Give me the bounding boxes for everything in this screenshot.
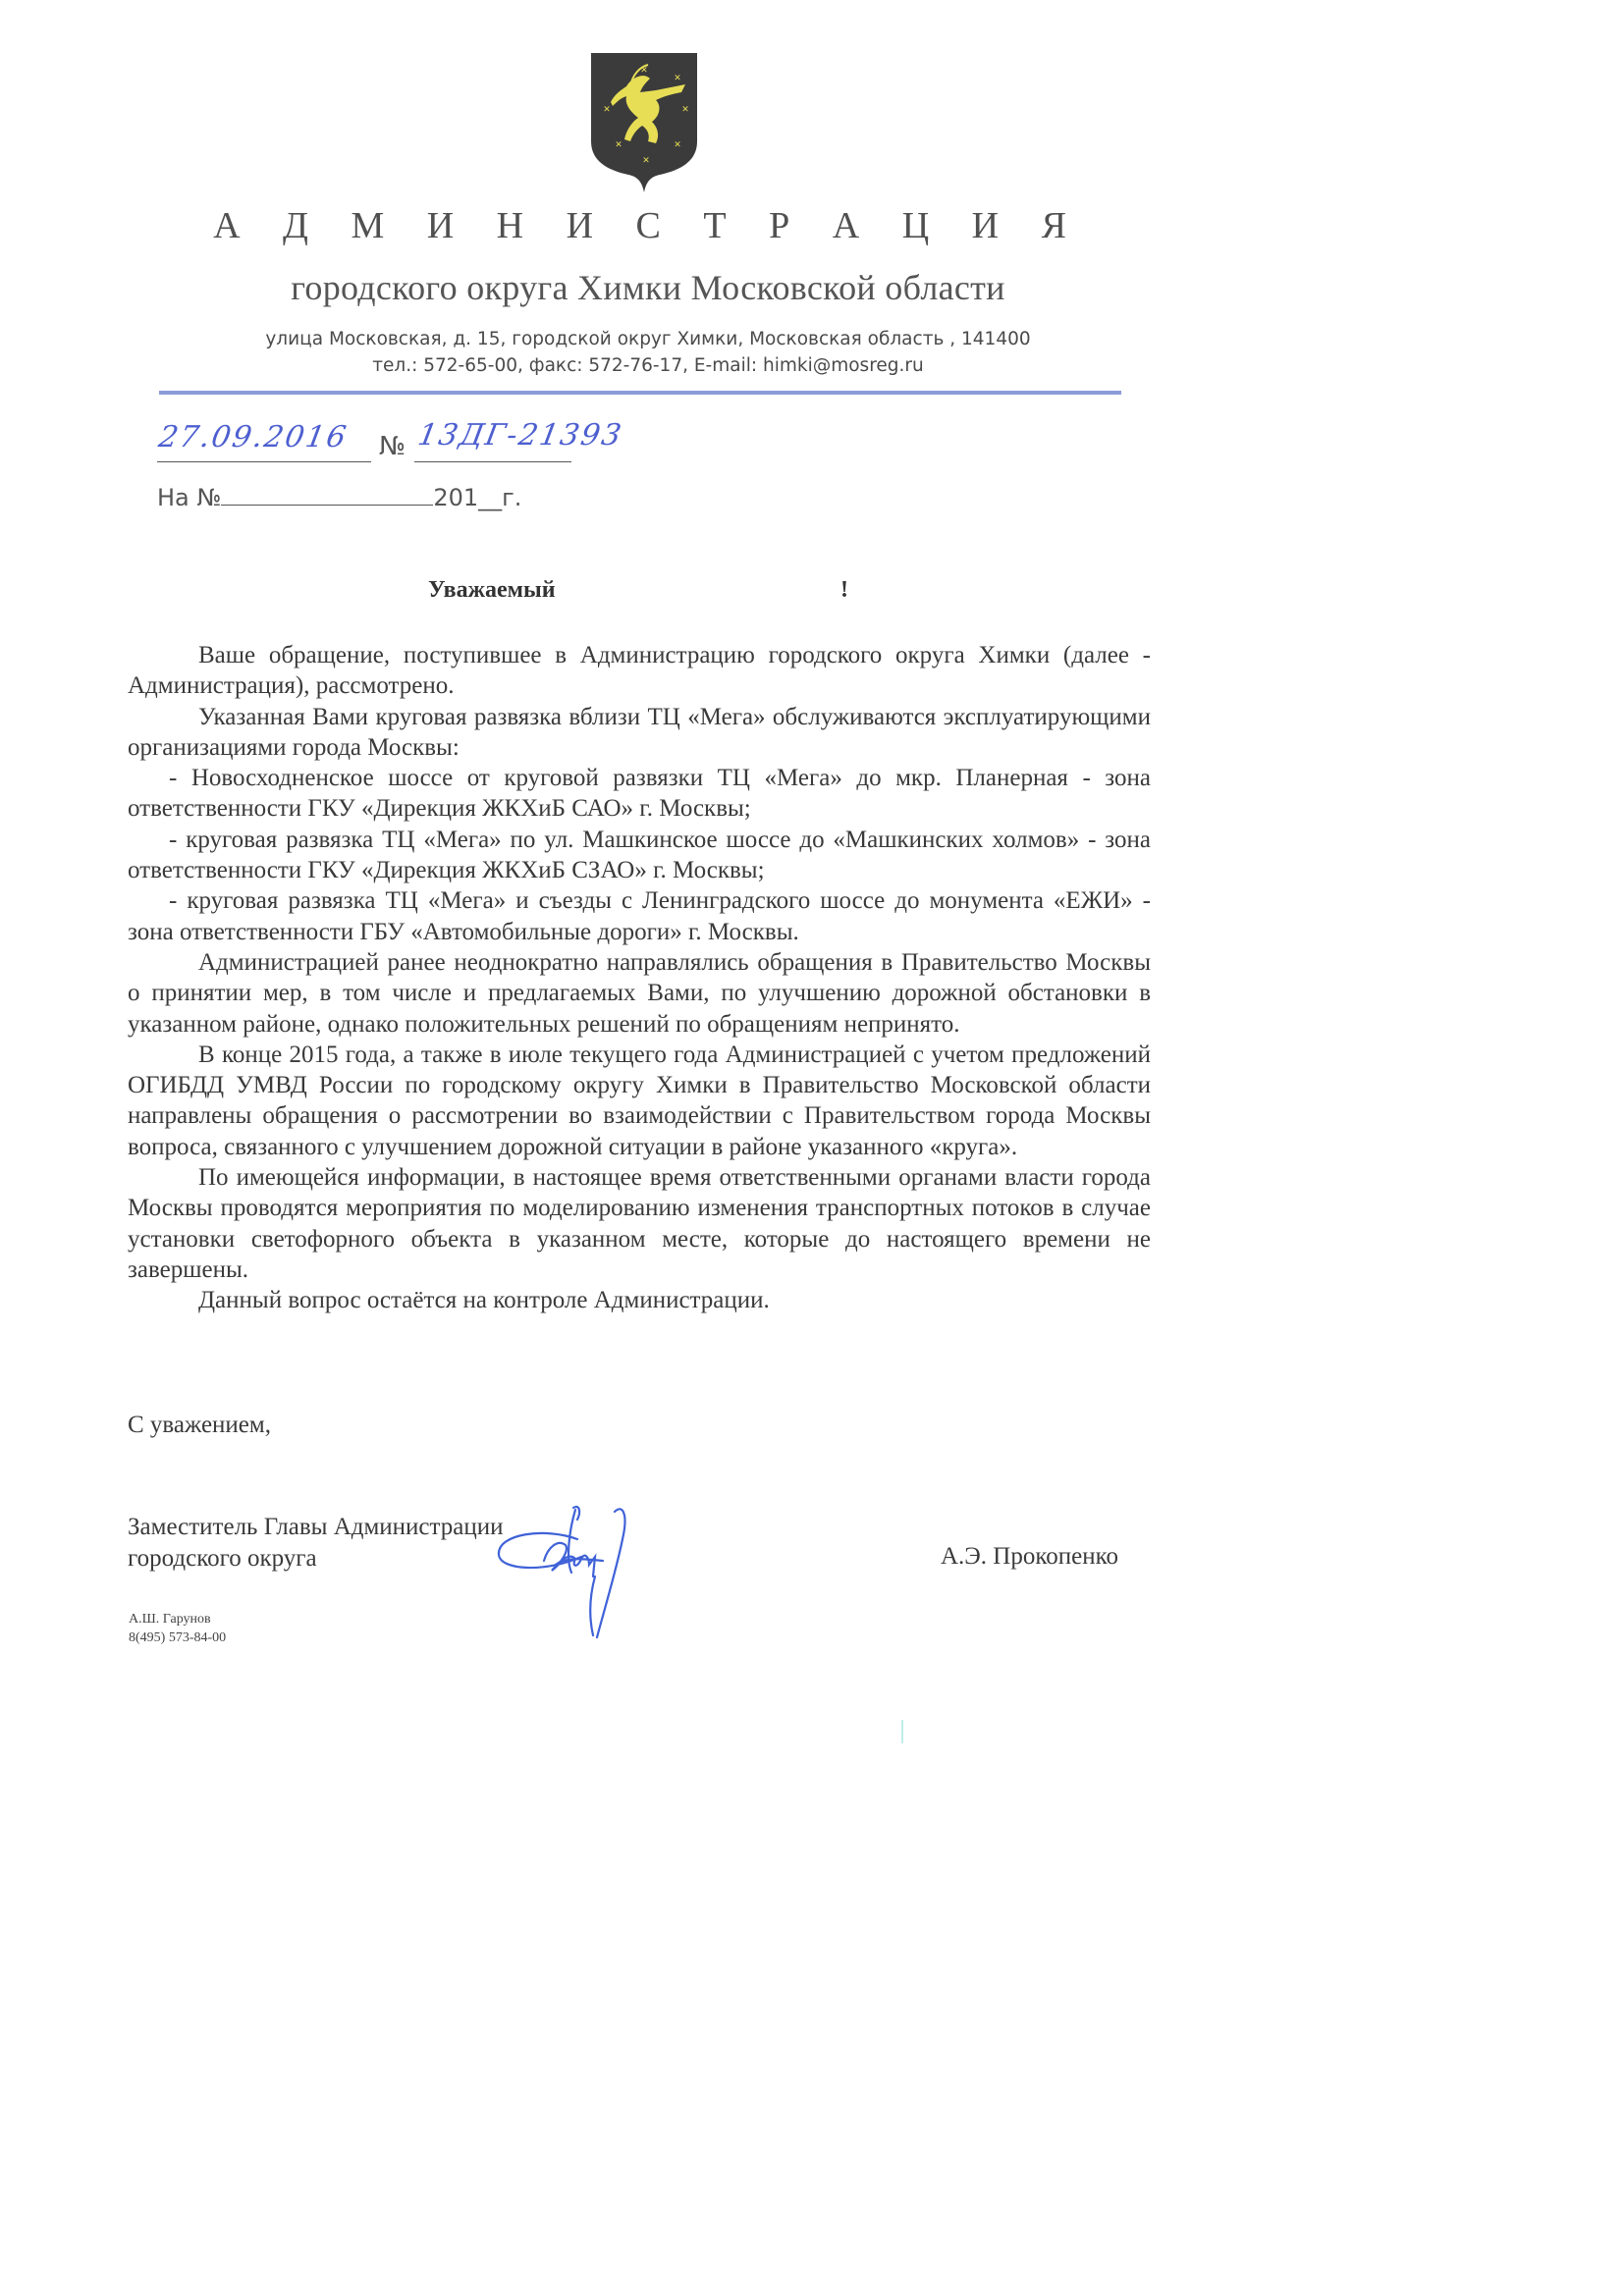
body-paragraph: Ваше обращение, поступившее в Администра… [128,640,1151,702]
closing-regards: С уважением, [128,1412,271,1439]
body-paragraph: Указанная Вами круговая развязка вблизи … [128,702,1151,764]
svg-text:✕: ✕ [674,74,681,83]
signer-position-line2: городского округа [128,1543,504,1575]
svg-text:✕: ✕ [603,105,611,115]
letterhead-title: А Д М И Н И С Т Р А Ц И Я [0,204,1296,247]
svg-text:✕: ✕ [674,140,681,150]
registration-number: 13ДГ-21393 [415,418,625,453]
letterhead-contacts: тел.: 572-65-00, факс: 572-76-17, E-mail… [0,355,1296,376]
executor-name: А.Ш. Гарунов [129,1610,226,1629]
reference-year: 201__г. [433,484,521,511]
signer-position-line1: Заместитель Главы Администрации [128,1512,504,1543]
number-sign: № [379,432,406,461]
executor-phone: 8(495) 573-84-00 [129,1629,226,1647]
body-list-item: - Новосходненское шоссе от круговой разв… [128,763,1151,825]
letter-body: Ваше обращение, поступившее в Администра… [128,640,1151,1316]
reference-prefix: На № [157,484,221,511]
salutation: Уважаемый [428,577,556,604]
letterhead-divider [159,391,1121,395]
signer-position: Заместитель Главы Администрации городско… [128,1512,504,1575]
signature-icon [487,1500,654,1647]
body-paragraph: По имеющейся информации, в настоящее вре… [128,1162,1151,1285]
scan-artifact [901,1720,903,1743]
executor-info: А.Ш. Гарунов 8(495) 573-84-00 [129,1610,226,1647]
body-list-item: - круговая развязка ТЦ «Мега» и съезды с… [128,885,1151,947]
svg-text:✕: ✕ [615,140,623,150]
letterhead-subtitle: городского округа Химки Московской облас… [0,267,1296,308]
reference-row: На №201__г. [157,483,521,511]
svg-text:✕: ✕ [681,105,689,115]
letterhead-address: улица Московская, д. 15, городской округ… [0,329,1296,349]
body-paragraph: Данный вопрос остаётся на контроле Админ… [128,1285,1151,1315]
coat-of-arms-icon: ✕ ✕ ✕ ✕ ✕ ✕ ✕ [587,47,701,194]
signatory-name: А.Э. Прокопенко [941,1543,1118,1571]
body-paragraph: Администрацией ранее неоднократно направ… [128,947,1151,1040]
registration-date: 27.09.2016 [156,420,351,454]
registration-row: 27.09.2016 № 13ДГ-21393 [157,422,707,465]
body-list-item: - круговая развязка ТЦ «Мега» по ул. Маш… [128,825,1151,886]
reference-underline [221,483,433,506]
svg-text:✕: ✕ [642,156,650,166]
svg-text:✕: ✕ [640,66,648,76]
body-paragraph: В конце 2015 года, а также в июле текуще… [128,1040,1151,1162]
salutation-exclamation: ! [840,577,848,604]
